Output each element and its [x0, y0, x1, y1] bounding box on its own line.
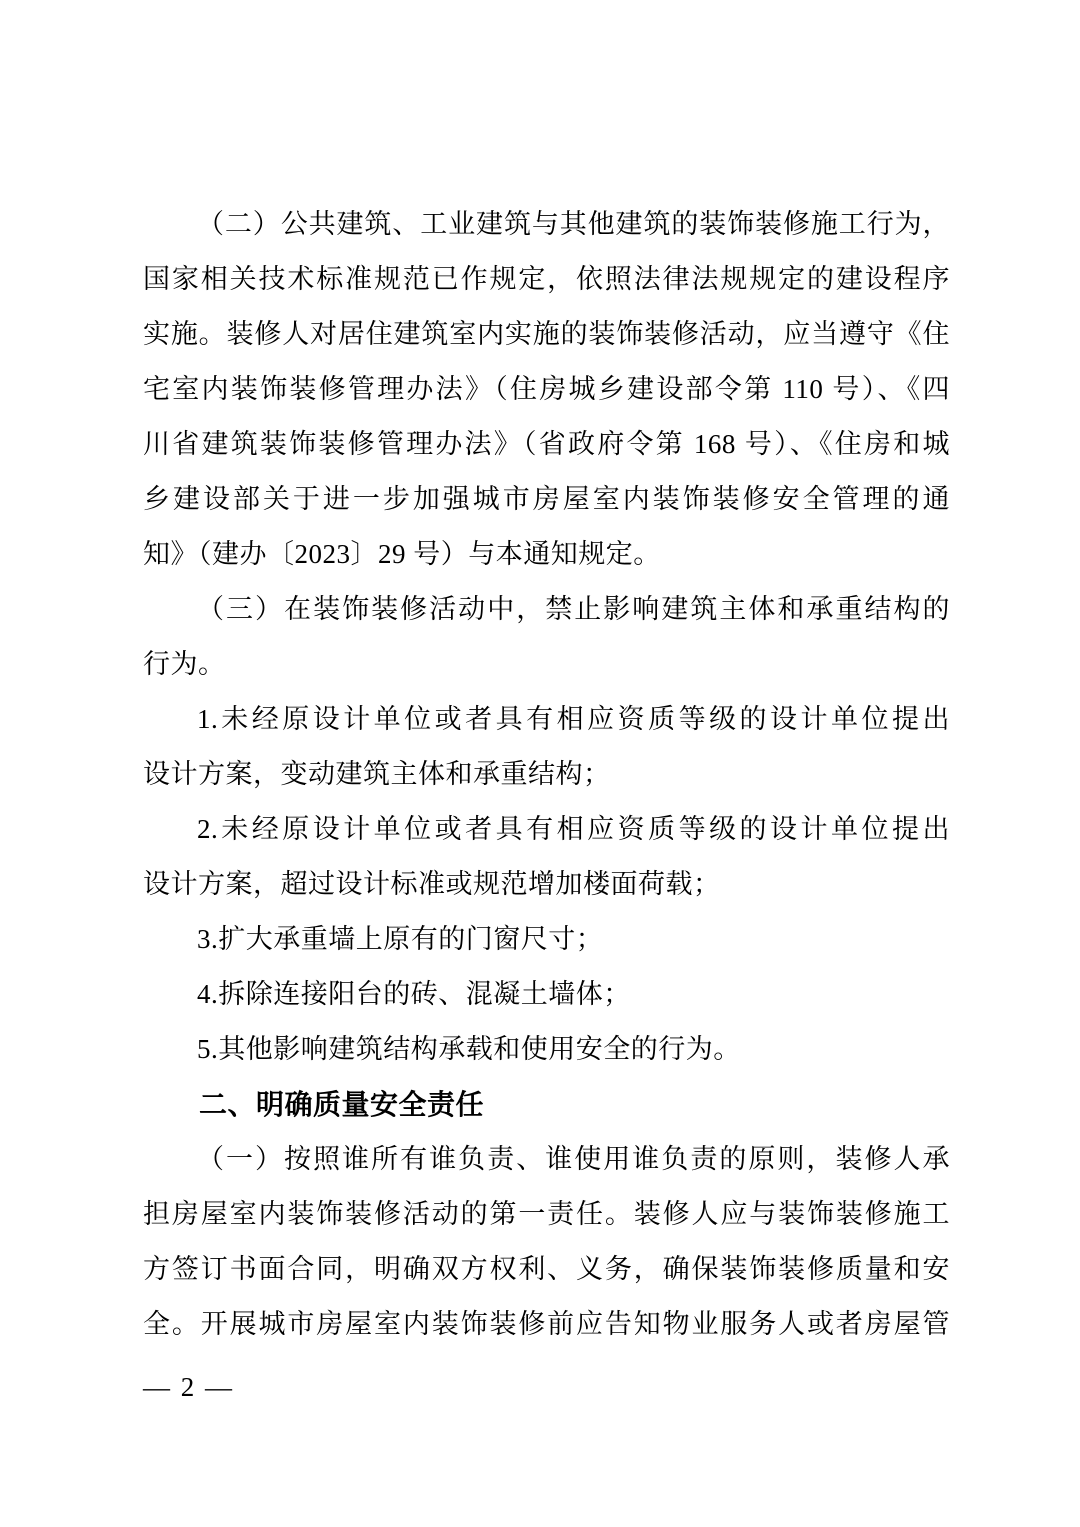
text-line: 实施。装修人对居住建筑室内实施的装饰装修活动，应当遵守《住	[143, 307, 950, 362]
text-line: 知》（建办〔2023〕29 号）与本通知规定。	[143, 527, 950, 582]
text-line: 3.扩大承重墙上原有的门窗尺寸；	[143, 912, 950, 967]
text-line: 全。开展城市房屋室内装饰装修前应告知物业服务人或者房屋管	[143, 1297, 950, 1352]
text-line: 行为。	[143, 637, 950, 692]
text-line: 川省建筑装饰装修管理办法》（省政府令第 168 号）、《住房和城	[143, 417, 950, 472]
text-line: （二）公共建筑、工业建筑与其他建筑的装饰装修施工行为，	[143, 197, 950, 252]
document-text: （二）公共建筑、工业建筑与其他建筑的装饰装修施工行为，国家相关技术标准规范已作规…	[143, 197, 950, 1352]
text-line: （一）按照谁所有谁负责、谁使用谁负责的原则，装修人承	[143, 1132, 950, 1187]
document-page: （二）公共建筑、工业建筑与其他建筑的装饰装修施工行为，国家相关技术标准规范已作规…	[0, 0, 1080, 1527]
text-line: 5.其他影响建筑结构承载和使用安全的行为。	[143, 1022, 950, 1077]
text-line: 担房屋室内装饰装修活动的第一责任。装修人应与装饰装修施工	[143, 1187, 950, 1242]
page-number: — 2 —	[143, 1372, 234, 1402]
text-line: 2.未经原设计单位或者具有相应资质等级的设计单位提出	[143, 802, 950, 857]
text-line: 设计方案，变动建筑主体和承重结构；	[143, 747, 950, 802]
text-line: 宅室内装饰装修管理办法》（住房城乡建设部令第 110 号）、《四	[143, 362, 950, 417]
section-heading: 二、明确质量安全责任	[143, 1077, 950, 1132]
text-line: （三）在装饰装修活动中，禁止影响建筑主体和承重结构的	[143, 582, 950, 637]
text-line: 4.拆除连接阳台的砖、混凝土墙体；	[143, 967, 950, 1022]
text-line: 设计方案，超过设计标准或规范增加楼面荷载；	[143, 857, 950, 912]
page-footer: — 2 —	[143, 1367, 234, 1407]
text-line: 国家相关技术标准规范已作规定，依照法律法规规定的建设程序	[143, 252, 950, 307]
text-line: 方签订书面合同，明确双方权利、义务，确保装饰装修质量和安	[143, 1242, 950, 1297]
text-line: 乡建设部关于进一步加强城市房屋室内装饰装修安全管理的通	[143, 472, 950, 527]
text-line: 1.未经原设计单位或者具有相应资质等级的设计单位提出	[143, 692, 950, 747]
